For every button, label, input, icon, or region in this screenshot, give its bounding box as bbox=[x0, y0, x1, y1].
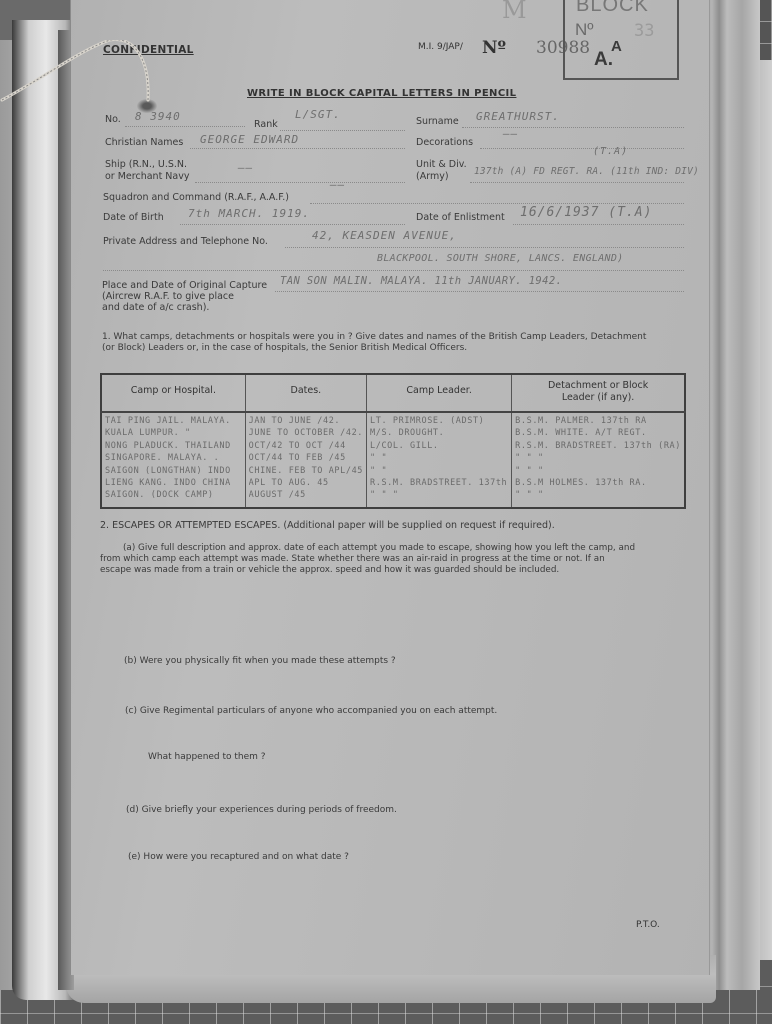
unit-label-line1: Unit & Div. bbox=[416, 159, 467, 170]
dates-cell[interactable]: JAN TO JUNE /42. JUNE TO OCTOBER /42. OC… bbox=[245, 412, 366, 508]
rank-field[interactable]: L/SGT. bbox=[295, 108, 341, 121]
squadron-field[interactable]: —— bbox=[330, 178, 345, 191]
question-2b: (b) Were you physically fit when you mad… bbox=[124, 655, 396, 667]
instruction-heading: WRITE IN BLOCK CAPITAL LETTERS IN PENCIL bbox=[247, 88, 516, 99]
answer-2c-area[interactable] bbox=[100, 720, 684, 748]
decorations-field[interactable]: —— bbox=[503, 127, 518, 140]
camp-cell[interactable]: TAI PING JAIL. MALAYA. KUALA LUMPUR. " N… bbox=[101, 412, 245, 508]
question-2c: (c) Give Regimental particulars of anyon… bbox=[125, 705, 497, 717]
ship-label-line2: or Merchant Navy bbox=[105, 171, 189, 182]
answer-2b-area[interactable] bbox=[100, 670, 684, 700]
number-symbol: Nº bbox=[482, 38, 506, 58]
classification-label: CONFIDENTIAL bbox=[103, 44, 194, 56]
column-header-block-leader: Detachment or Block Leader (if any). bbox=[512, 374, 685, 412]
answer-2c-followup-area[interactable] bbox=[100, 765, 684, 798]
ship-field[interactable]: —— bbox=[238, 161, 253, 174]
answer-2e-area[interactable] bbox=[100, 866, 684, 916]
column-header-camp-leader: Camp Leader. bbox=[367, 374, 512, 412]
capture-field[interactable]: TAN SON MALIN. MALAYA. 11th JANUARY. 194… bbox=[280, 275, 562, 287]
block-stamp-letter-small: A bbox=[611, 38, 622, 55]
ship-label-line1: Ship (R.N., U.S.N. bbox=[105, 159, 187, 170]
address-label: Private Address and Telephone No. bbox=[103, 236, 268, 247]
capture-label-line1: Place and Date of Original Capture bbox=[102, 280, 267, 291]
squadron-label: Squadron and Command (R.A.F., A.A.F.) bbox=[103, 192, 289, 203]
capture-label-line3: and date of a/c crash). bbox=[102, 302, 209, 313]
surname-field[interactable]: GREATHURST. bbox=[476, 110, 560, 123]
punch-hole bbox=[137, 99, 157, 113]
enlistment-date-label: Date of Enlistment bbox=[416, 212, 505, 223]
please-turn-over: P.T.O. bbox=[636, 920, 660, 930]
rank-label: Rank bbox=[254, 119, 278, 130]
column-header-camp: Camp or Hospital. bbox=[101, 374, 245, 412]
column-header-dates: Dates. bbox=[245, 374, 366, 412]
section-2-heading: 2. ESCAPES OR ATTEMPTED ESCAPES. (Additi… bbox=[100, 520, 555, 532]
question-2a-line3: escape was made from a train or vehicle … bbox=[100, 564, 559, 576]
question-2e: (e) How were you recaptured and on what … bbox=[128, 851, 349, 863]
service-number-label: No. bbox=[105, 114, 121, 125]
block-stamp-number-value: 33 bbox=[634, 21, 654, 41]
answer-2d-area[interactable] bbox=[100, 818, 684, 848]
surname-label: Surname bbox=[416, 116, 459, 127]
unit-field-ta-note: (T.A) bbox=[593, 146, 628, 157]
answer-2a-area[interactable] bbox=[100, 580, 684, 650]
question-1-line2: (or Block) Leaders or, in the case of ho… bbox=[102, 342, 467, 354]
decorations-label: Decorations bbox=[416, 137, 473, 148]
question-2d: (d) Give briefly your experiences during… bbox=[126, 804, 397, 816]
date-of-birth-field[interactable]: 7th MARCH. 1919. bbox=[188, 207, 310, 220]
capture-label-line2: (Aircrew R.A.F. to give place bbox=[102, 291, 234, 302]
christian-names-label: Christian Names bbox=[105, 137, 183, 148]
reference-prefix: M.I. 9/JAP/ bbox=[418, 42, 463, 52]
question-2c-followup: What happened to them ? bbox=[148, 751, 266, 763]
christian-names-field[interactable]: GEORGE EDWARD bbox=[200, 133, 299, 146]
unit-label-line2: (Army) bbox=[416, 171, 449, 182]
table-row: TAI PING JAIL. MALAYA. KUALA LUMPUR. " N… bbox=[101, 412, 685, 508]
enlistment-date-field[interactable]: 16/6/1937 (T.A) bbox=[520, 205, 652, 220]
address-field-line1[interactable]: 42, KEASDEN AVENUE, bbox=[312, 229, 457, 242]
unit-field[interactable]: 137th (A) FD REGT. RA. (11th IND: DIV) bbox=[474, 166, 699, 177]
margin-scribble: M bbox=[502, 0, 527, 24]
block-leader-cell[interactable]: B.S.M. PALMER. 137th RA B.S.M. WHITE. A/… bbox=[512, 412, 685, 508]
address-field-line2[interactable]: BLACKPOOL. SOUTH SHORE, LANCS. ENGLAND) bbox=[377, 253, 624, 264]
date-of-birth-label: Date of Birth bbox=[103, 212, 164, 223]
camps-table: Camp or Hospital. Dates. Camp Leader. De… bbox=[100, 373, 686, 509]
camp-leader-cell[interactable]: LT. PRIMROSE. (ADST) M/S. DROUGHT. L/COL… bbox=[367, 412, 512, 508]
block-stamp-number-label: Nº bbox=[575, 20, 594, 40]
block-stamp-label: BLOCK bbox=[576, 0, 649, 17]
